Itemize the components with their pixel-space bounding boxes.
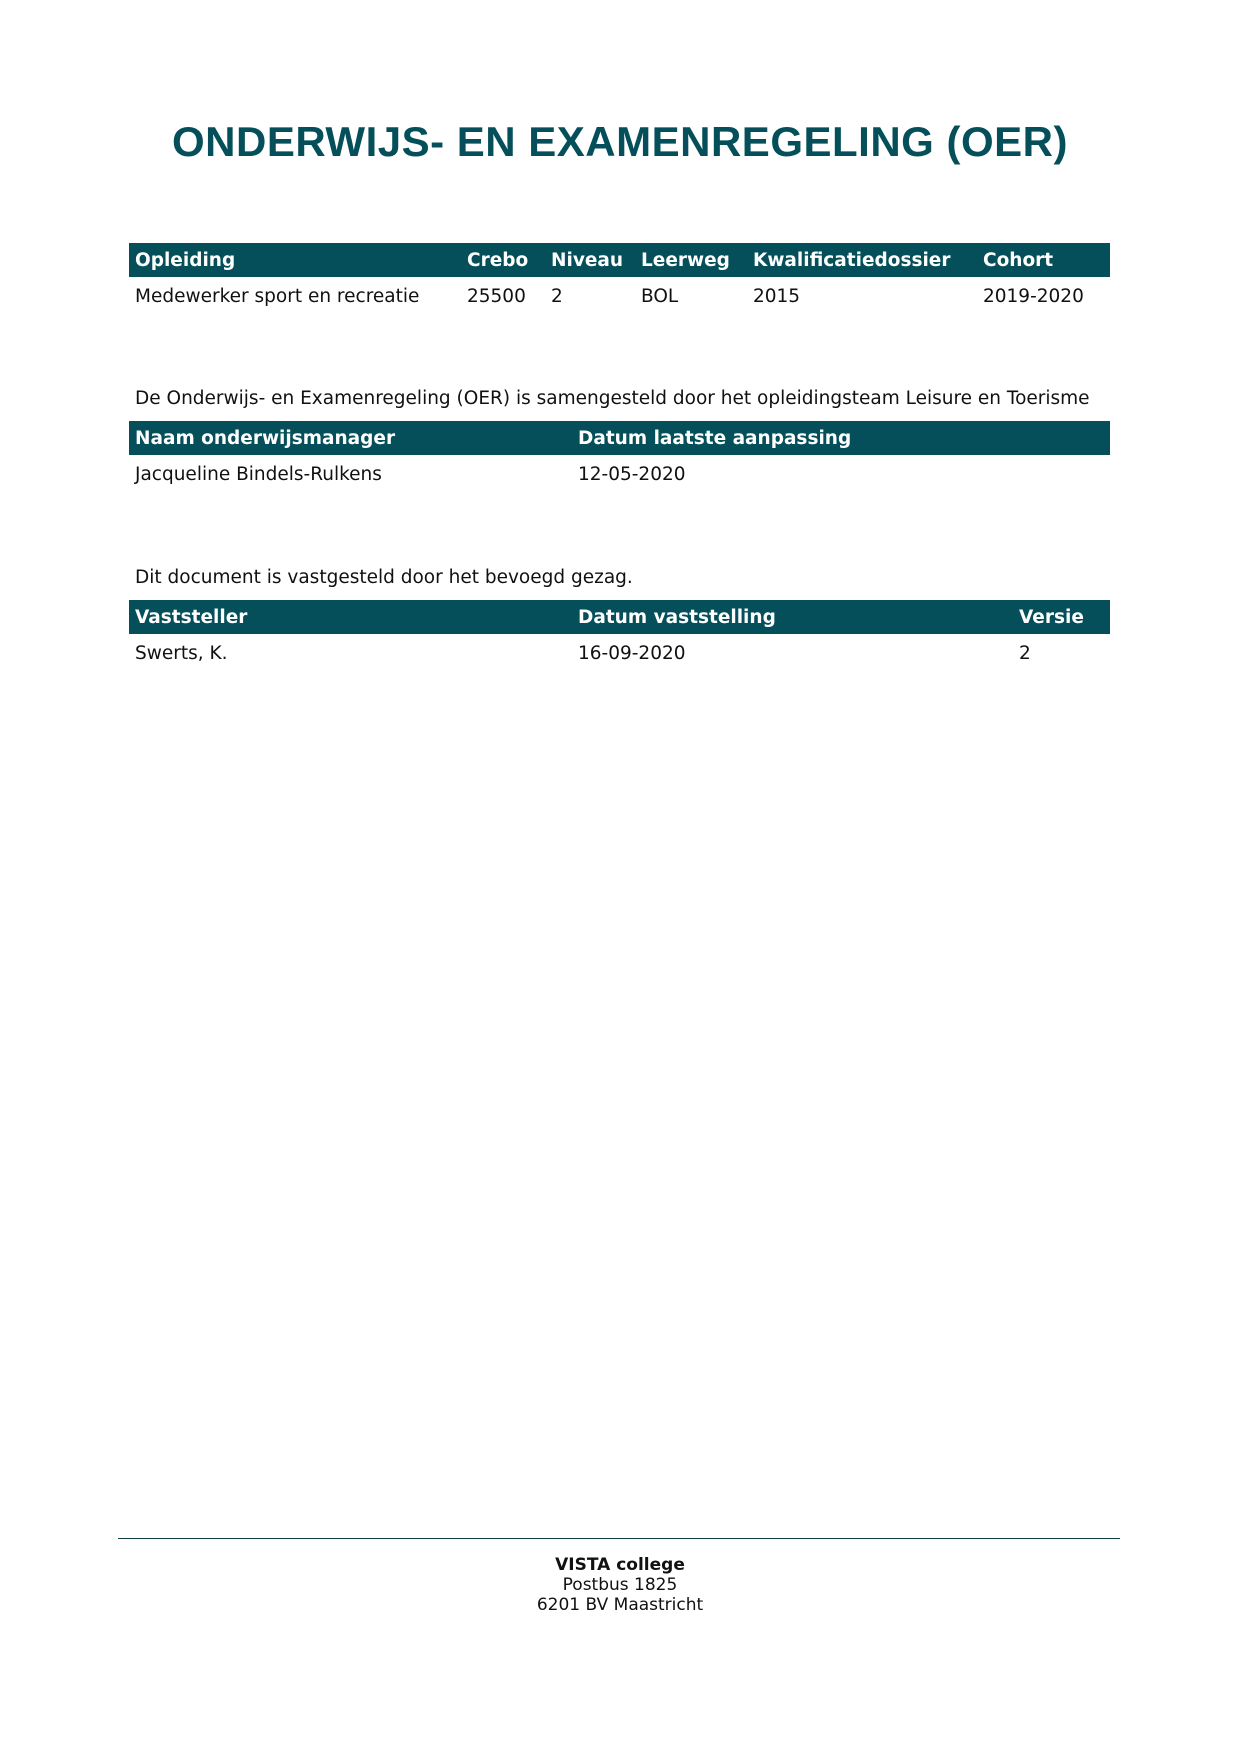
header-opleiding: Opleiding bbox=[129, 243, 461, 277]
cell-opleiding: Medewerker sport en recreatie bbox=[129, 277, 461, 315]
cell-datum-vaststelling: 16-09-2020 bbox=[572, 634, 1013, 672]
cell-crebo: 25500 bbox=[461, 277, 545, 315]
footer-organization: VISTA college bbox=[0, 1555, 1240, 1575]
header-leerweg: Leerweg bbox=[635, 243, 747, 277]
footer-address-line1: Postbus 1825 bbox=[0, 1575, 1240, 1595]
footer: VISTA college Postbus 1825 6201 BV Maast… bbox=[0, 1555, 1240, 1615]
footer-divider bbox=[118, 1538, 1120, 1539]
header-versie: Versie bbox=[1013, 600, 1110, 634]
cell-cohort: 2019-2020 bbox=[977, 277, 1110, 315]
cell-niveau: 2 bbox=[545, 277, 635, 315]
approval-intro: Dit document is vastgesteld door het bev… bbox=[135, 567, 633, 588]
header-datum-aanpassing: Datum laatste aanpassing bbox=[572, 421, 1110, 455]
table-row: Medewerker sport en recreatie 25500 2 BO… bbox=[129, 277, 1110, 315]
cell-versie: 2 bbox=[1013, 634, 1110, 672]
table-header-row: Naam onderwijsmanager Datum laatste aanp… bbox=[129, 421, 1110, 455]
header-niveau: Niveau bbox=[545, 243, 635, 277]
header-datum-vaststelling: Datum vaststelling bbox=[572, 600, 1013, 634]
program-table: Opleiding Crebo Niveau Leerweg Kwalifica… bbox=[129, 243, 1110, 315]
table-row: Swerts, K. 16-09-2020 2 bbox=[129, 634, 1110, 672]
composition-table: Naam onderwijsmanager Datum laatste aanp… bbox=[129, 421, 1110, 493]
header-crebo: Crebo bbox=[461, 243, 545, 277]
table-row: Jacqueline Bindels-Rulkens 12-05-2020 bbox=[129, 455, 1110, 493]
cell-onderwijsmanager: Jacqueline Bindels-Rulkens bbox=[129, 455, 572, 493]
composition-intro: De Onderwijs- en Examenregeling (OER) is… bbox=[135, 388, 1090, 409]
cell-datum-aanpassing: 12-05-2020 bbox=[572, 455, 1110, 493]
cell-leerweg: BOL bbox=[635, 277, 747, 315]
header-vaststeller: Vaststeller bbox=[129, 600, 572, 634]
header-cohort: Cohort bbox=[977, 243, 1110, 277]
footer-address-line2: 6201 BV Maastricht bbox=[0, 1595, 1240, 1615]
cell-kwalificatiedossier: 2015 bbox=[747, 277, 977, 315]
table-header-row: Opleiding Crebo Niveau Leerweg Kwalifica… bbox=[129, 243, 1110, 277]
cell-vaststeller: Swerts, K. bbox=[129, 634, 572, 672]
table-header-row: Vaststeller Datum vaststelling Versie bbox=[129, 600, 1110, 634]
header-onderwijsmanager: Naam onderwijsmanager bbox=[129, 421, 572, 455]
header-kwalificatiedossier: Kwalificatiedossier bbox=[747, 243, 977, 277]
document-title: ONDERWIJS- EN EXAMENREGELING (OER) bbox=[0, 118, 1240, 166]
approval-table: Vaststeller Datum vaststelling Versie Sw… bbox=[129, 600, 1110, 672]
